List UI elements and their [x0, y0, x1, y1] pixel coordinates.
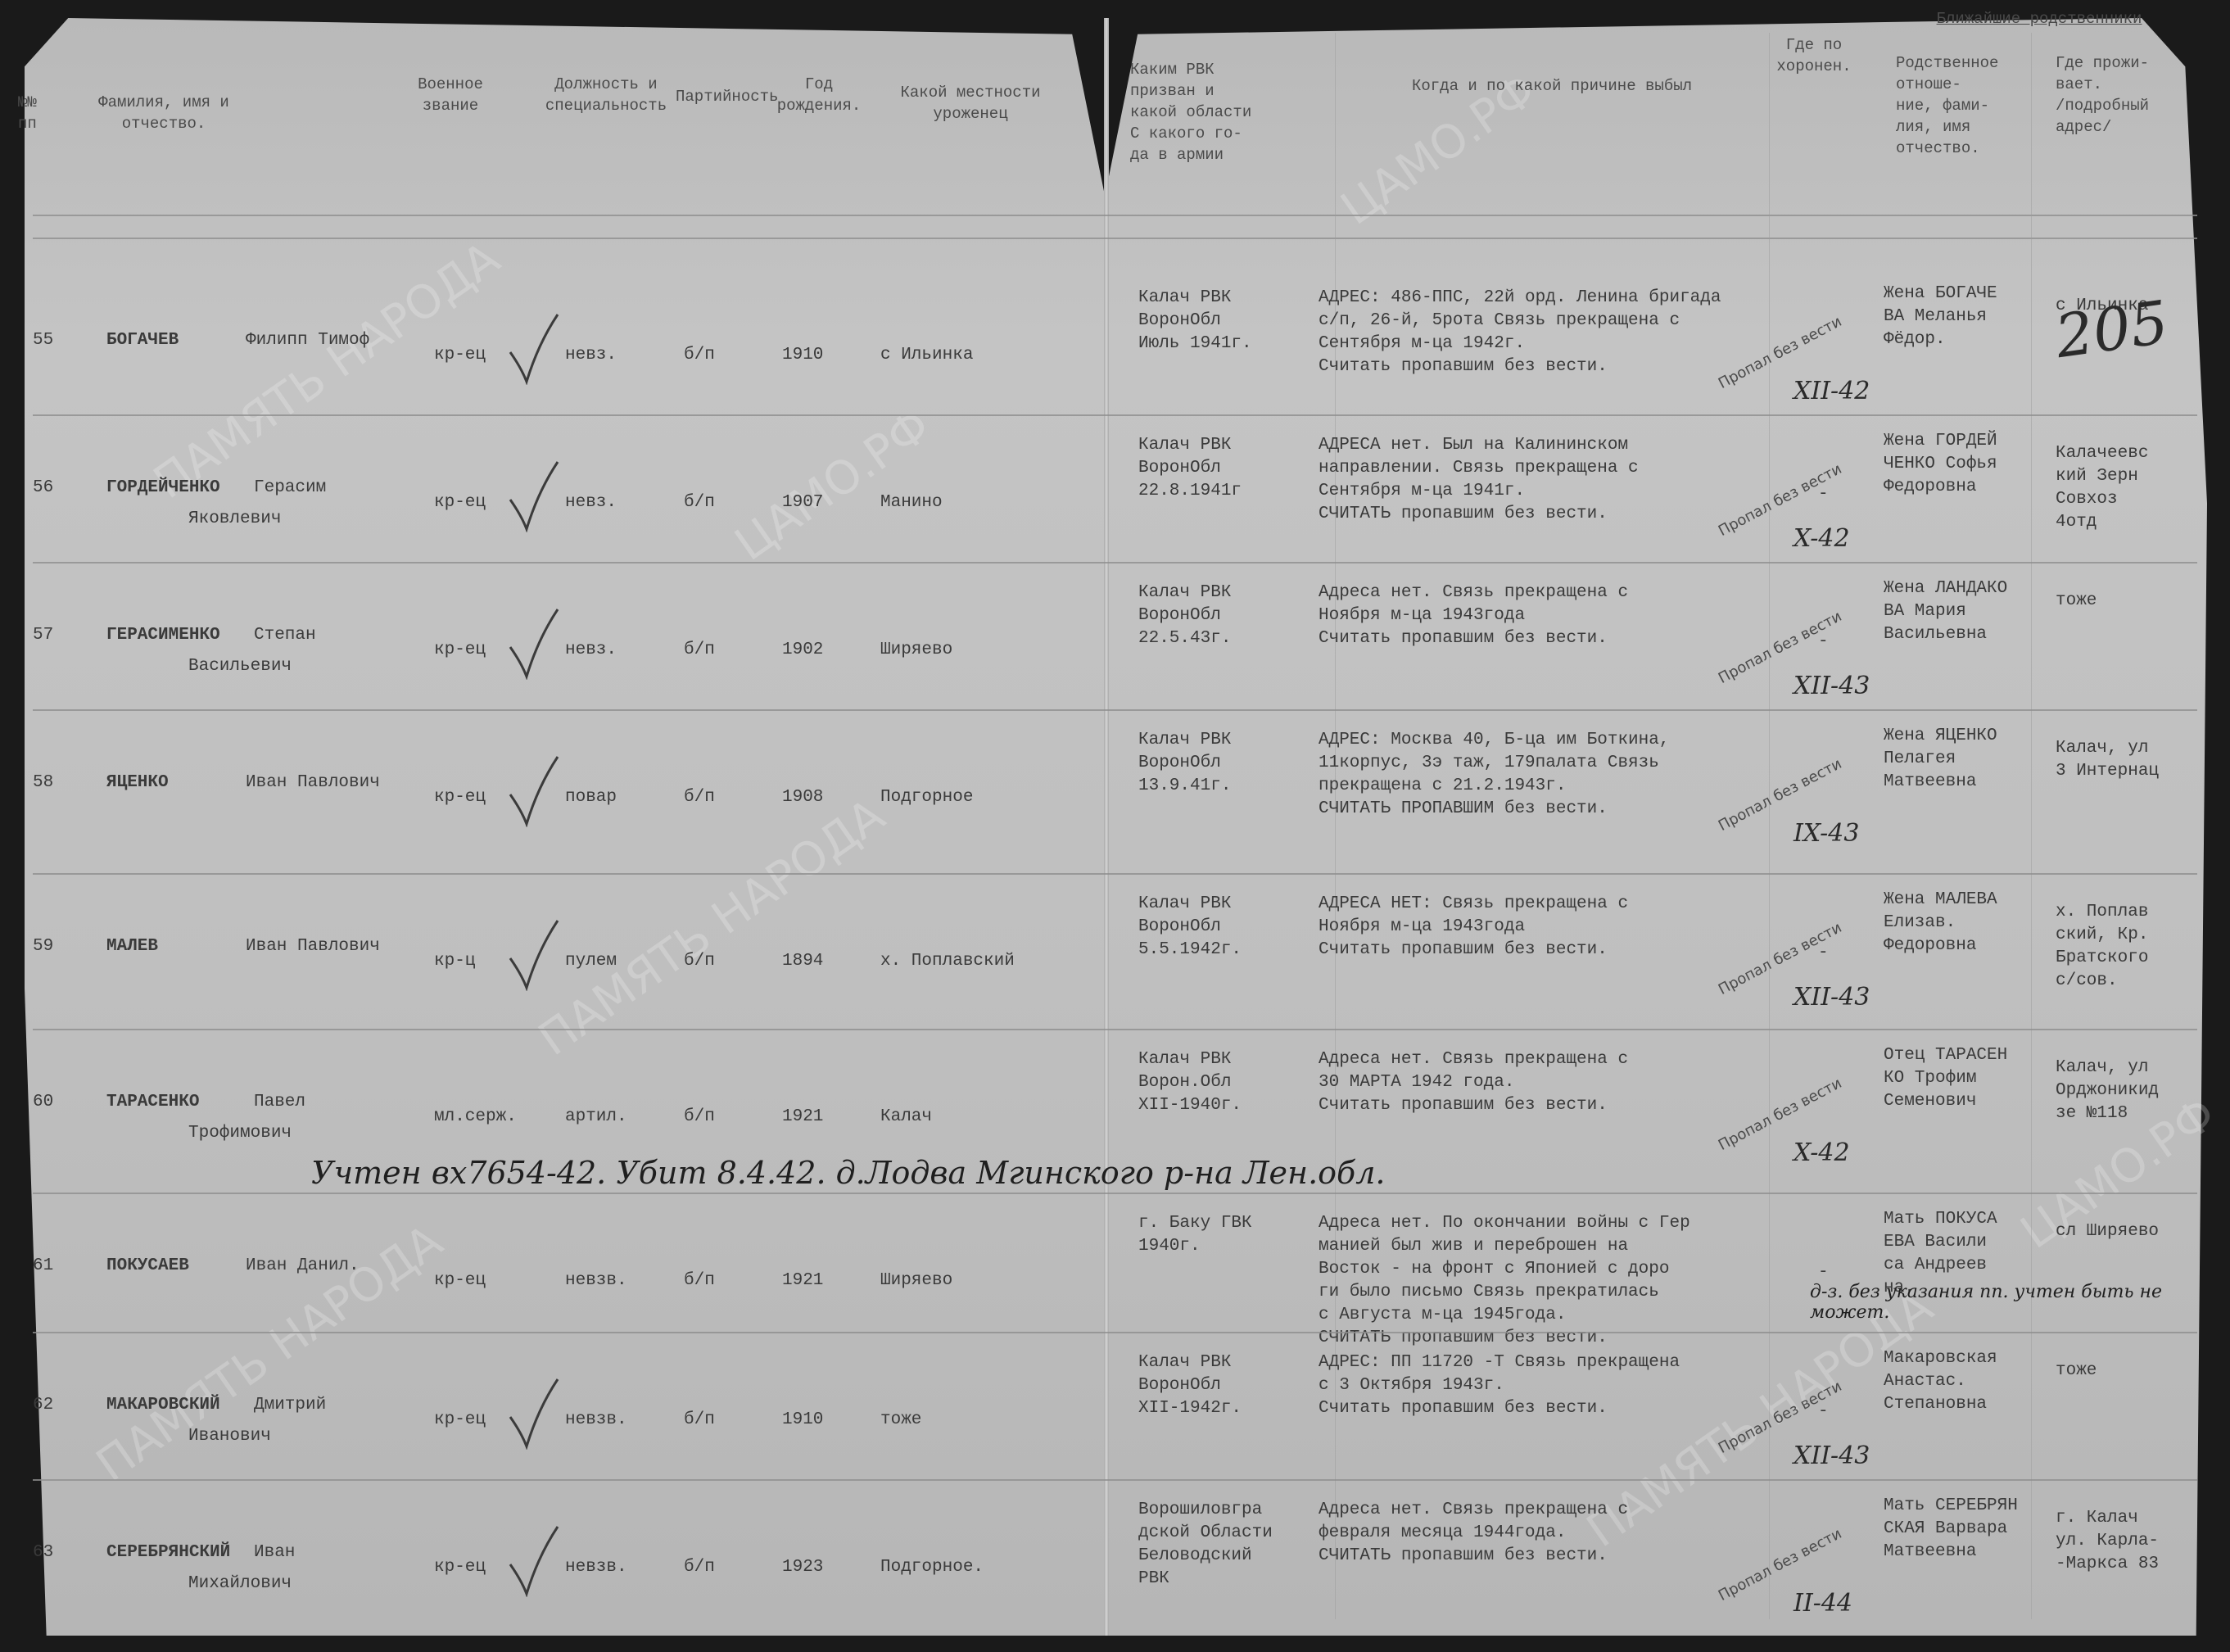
divider: [33, 562, 2197, 563]
cell-party: б/п: [684, 1556, 749, 1579]
cell-rvk: Калач РВК ВоронОбл 22.8.1941г: [1138, 434, 1327, 503]
cell-reason: Адреса нет. Связь прекращена с 30 МАРТА …: [1319, 1048, 1777, 1117]
header-birth-year: Год рождения.: [770, 74, 868, 116]
cell-reason: АДРЕС: Москва 40, Б-ца им Боткина, 11кор…: [1319, 729, 1777, 821]
cell-rank: кр-ец: [434, 1409, 508, 1432]
cell-rvk: Калач РВК ВоронОбл XII-1942г.: [1138, 1351, 1327, 1420]
cell-relative: Жена ГОРДЕЙ ЧЕНКО Софья Федоровна: [1884, 430, 2047, 499]
cell-patronymic: Иванович: [188, 1425, 385, 1448]
cell-party: б/п: [684, 639, 749, 662]
cell-given: Герасим: [254, 477, 450, 500]
cell-rvk: Калач РВК ВоронОбл 13.9.41г.: [1138, 729, 1327, 798]
cell-rank: кр-ец: [434, 639, 508, 662]
cell-rank: кр-ец: [434, 1556, 508, 1579]
cell-party: б/п: [684, 1270, 749, 1292]
cell-reason: Адреса нет. Связь прекращена с Ноября м-…: [1319, 582, 1777, 650]
cell-position: невз.: [565, 344, 655, 367]
cell-relative: Жена МАЛЕВА Елизав. Федоровна: [1884, 889, 2047, 957]
cell-relative: Жена ЯЦЕНКО Пелагея Матвеевна: [1884, 725, 2047, 794]
cell-patronymic: Трофимович: [188, 1122, 385, 1145]
cell-relative: Жена БОГАЧЕ ВА Меланья Фёдор.: [1884, 283, 2047, 351]
header-rank: Военное звание: [414, 74, 487, 116]
cell-position: невзв.: [565, 1556, 655, 1579]
cell-birthplace: Подгорное.: [880, 1556, 1077, 1579]
header-burial: Где по хоронен.: [1769, 34, 1859, 77]
cell-address: Калач, ул Орджоникид зе №118: [2056, 1057, 2211, 1125]
cell-reason: Адреса нет. По окончании войны с Гер ман…: [1319, 1212, 1777, 1350]
cell-surname: ГОРДЕЙЧЕНКО: [106, 477, 270, 500]
cell-birth-year: 1908: [782, 786, 848, 809]
cell-no: 58: [33, 772, 74, 794]
cell-birthplace: с Ильинка: [880, 344, 1077, 367]
divider: [33, 1193, 2197, 1194]
cell-given: Иван: [254, 1541, 450, 1564]
cell-position: невзв.: [565, 1270, 655, 1292]
checkmark-icon: [504, 1523, 561, 1597]
cell-address: Калачеевс кий Зерн Совхоз 4отд: [2056, 442, 2211, 534]
cell-birthplace: тоже: [880, 1409, 1077, 1432]
cell-surname: ГЕРАСИМЕНКО: [106, 624, 270, 647]
divider: [33, 709, 2197, 711]
cell-rank: кр-ец: [434, 786, 508, 809]
cell-rank: мл.серж.: [434, 1106, 508, 1129]
document-sheet: [25, 18, 2207, 1636]
cell-position: невзв.: [565, 1409, 655, 1432]
cell-relative: Жена ЛАНДАКО ВА Мария Васильевна: [1884, 577, 2047, 646]
cell-surname: ТАРАСЕНКО: [106, 1091, 270, 1114]
cell-rank: кр-ец: [434, 1270, 508, 1292]
cell-position: артил.: [565, 1106, 655, 1129]
cell-rank: кр-ец: [434, 344, 508, 367]
cell-reason: АДРЕС: 486-ППС, 22й орд. Ленина бригада …: [1319, 287, 1777, 378]
handwritten-date: II-44: [1793, 1589, 1852, 1618]
cell-party: б/п: [684, 786, 749, 809]
divider: [33, 215, 2197, 216]
divider: [33, 414, 2197, 416]
checkmark-icon: [504, 459, 561, 532]
cell-position: повар: [565, 786, 655, 809]
cell-address: х. Поплав ский, Кр. Братского с/сов.: [2056, 901, 2211, 993]
cell-given: Иван Павлович: [246, 935, 442, 958]
cell-given: Иван Данил.: [246, 1255, 442, 1278]
cell-patronymic: Михайлович: [188, 1573, 385, 1595]
cell-address: тоже: [2056, 590, 2211, 613]
cell-reason: Адреса нет. Связь прекращена с февраля м…: [1319, 1499, 1777, 1568]
cell-birthplace: Подгорное: [880, 786, 1077, 809]
divider: [33, 1029, 2197, 1030]
handwritten-date: XII-43: [1793, 983, 1870, 1012]
cell-birth-year: 1921: [782, 1106, 848, 1129]
cell-rvk: Калач РВК ВоронОбл 22.5.43г.: [1138, 582, 1327, 650]
checkmark-icon: [504, 1376, 561, 1450]
cell-patronymic: Яковлевич: [188, 508, 385, 531]
cell-no: 57: [33, 624, 74, 647]
cell-birth-year: 1921: [782, 1270, 848, 1292]
handwritten-note: д-з. без указания пп. учтен быть не може…: [1810, 1282, 2203, 1323]
cell-surname: МАКАРОВСКИЙ: [106, 1394, 270, 1417]
cell-given: Филипп Тимоф: [246, 329, 442, 352]
cell-address: тоже: [2056, 1360, 2211, 1383]
handwritten-date: IX-43: [1793, 819, 1859, 848]
header-relative: Родственное отноше- ние, фами- лия, имя …: [1896, 52, 2043, 159]
cell-no: 55: [33, 329, 74, 352]
cell-given: Дмитрий: [254, 1394, 450, 1417]
divider: [33, 238, 2197, 239]
handwritten-date: XII-43: [1793, 1442, 1870, 1470]
header-no: №№ пп: [18, 92, 37, 134]
header-relatives-group: Ближайшие родственники: [1867, 8, 2211, 29]
cell-no: 62: [33, 1394, 74, 1417]
header-rvk: Каким РВК призван и какой области С како…: [1130, 59, 1319, 165]
cell-party: б/п: [684, 344, 749, 367]
cell-rvk: Ворошиловгра дской Области Беловодский Р…: [1138, 1499, 1327, 1591]
cell-birthplace: Ширяево: [880, 639, 1077, 662]
cell-party: б/п: [684, 950, 749, 973]
header-position: Должность и специальность: [545, 74, 667, 116]
cell-position: пулем: [565, 950, 655, 973]
handwritten-date: X-42: [1793, 1138, 1850, 1167]
cell-party: б/п: [684, 1106, 749, 1129]
cell-position: невз.: [565, 491, 655, 514]
cell-position: невз.: [565, 639, 655, 662]
handwritten-date: X-42: [1793, 524, 1850, 553]
cell-patronymic: Васильевич: [188, 655, 385, 678]
cell-reason: АДРЕСА нет. Был на Калининском направлен…: [1319, 434, 1777, 526]
divider: [33, 873, 2197, 875]
checkmark-icon: [504, 754, 561, 827]
cell-address: г. Калач ул. Карла- -Маркса 83: [2056, 1507, 2211, 1576]
header-name: Фамилия, имя и отчество.: [82, 92, 246, 134]
cell-address: Калач, ул 3 Интернац: [2056, 737, 2211, 783]
cell-party: б/п: [684, 491, 749, 514]
cell-no: 60: [33, 1091, 74, 1114]
divider: [33, 1479, 2197, 1481]
checkmark-icon: [504, 917, 561, 991]
cell-reason: АДРЕСА НЕТ: Связь прекращена с Ноября м-…: [1319, 893, 1777, 962]
cell-address: сл Ширяево: [2056, 1220, 2211, 1243]
checkmark-icon: [504, 311, 561, 385]
cell-birth-year: 1907: [782, 491, 848, 514]
cell-given: Степан: [254, 624, 450, 647]
cell-relative: Макаровская Анастас. Степановна: [1884, 1347, 2047, 1416]
cell-birth-year: 1910: [782, 344, 848, 367]
header-party: Партийность: [676, 86, 766, 107]
cell-rvk: Калач РВК Ворон.Обл XII-1940г.: [1138, 1048, 1327, 1117]
cell-relative: Отец ТАРАСЕН КО Трофим Семенович: [1884, 1044, 2047, 1113]
cell-birth-year: 1902: [782, 639, 848, 662]
handwritten-date: XII-43: [1793, 672, 1870, 700]
cell-no: 56: [33, 477, 74, 500]
cell-rvk: г. Баку ГВК 1940г.: [1138, 1212, 1327, 1258]
cell-rank: кр-ц: [434, 950, 508, 973]
cell-rvk: Калач РВК ВоронОбл Июль 1941г.: [1138, 287, 1327, 355]
cell-no: 63: [33, 1541, 74, 1564]
header-reason: Когда и по какой причине выбыл: [1335, 75, 1769, 97]
handwritten-date: XII-42: [1793, 377, 1870, 405]
cell-rank: кр-ец: [434, 491, 508, 514]
cell-relative: Мать СЕРЕБРЯН СКАЯ Варвара Матвеевна: [1884, 1495, 2047, 1564]
cell-birth-year: 1923: [782, 1556, 848, 1579]
cell-given: Павел: [254, 1091, 450, 1114]
handwritten-note: Учтен вх7654-42. Убит 8.4.42. д.Лодва Мг…: [311, 1155, 1386, 1191]
cell-birth-year: 1894: [782, 950, 848, 973]
cell-reason: АДРЕС: ПП 11720 -Т Связь прекращена с 3 …: [1319, 1351, 1777, 1420]
cell-birthplace: Манино: [880, 491, 1077, 514]
divider: [33, 1332, 2197, 1333]
cell-given: Иван Павлович: [246, 772, 442, 794]
checkmark-icon: [504, 606, 561, 680]
cell-party: б/п: [684, 1409, 749, 1432]
cell-rvk: Калач РВК ВоронОбл 5.5.1942г.: [1138, 893, 1327, 962]
header-address: Где прожи- вает. /подробный адрес/: [2056, 52, 2203, 138]
cell-surname: СЕРЕБРЯНСКИЙ: [106, 1541, 270, 1564]
cell-no: 61: [33, 1255, 74, 1278]
cell-birthplace: х. Поплавский: [880, 950, 1077, 973]
header-birthplace: Какой местности уроженец: [876, 82, 1065, 124]
cell-birth-year: 1910: [782, 1409, 848, 1432]
cell-no: 59: [33, 935, 74, 958]
cell-burial: -: [1818, 1261, 1851, 1284]
cell-birthplace: Калач: [880, 1106, 1077, 1129]
cell-birthplace: Ширяево: [880, 1270, 1077, 1292]
page-fold: [1104, 18, 1109, 1636]
